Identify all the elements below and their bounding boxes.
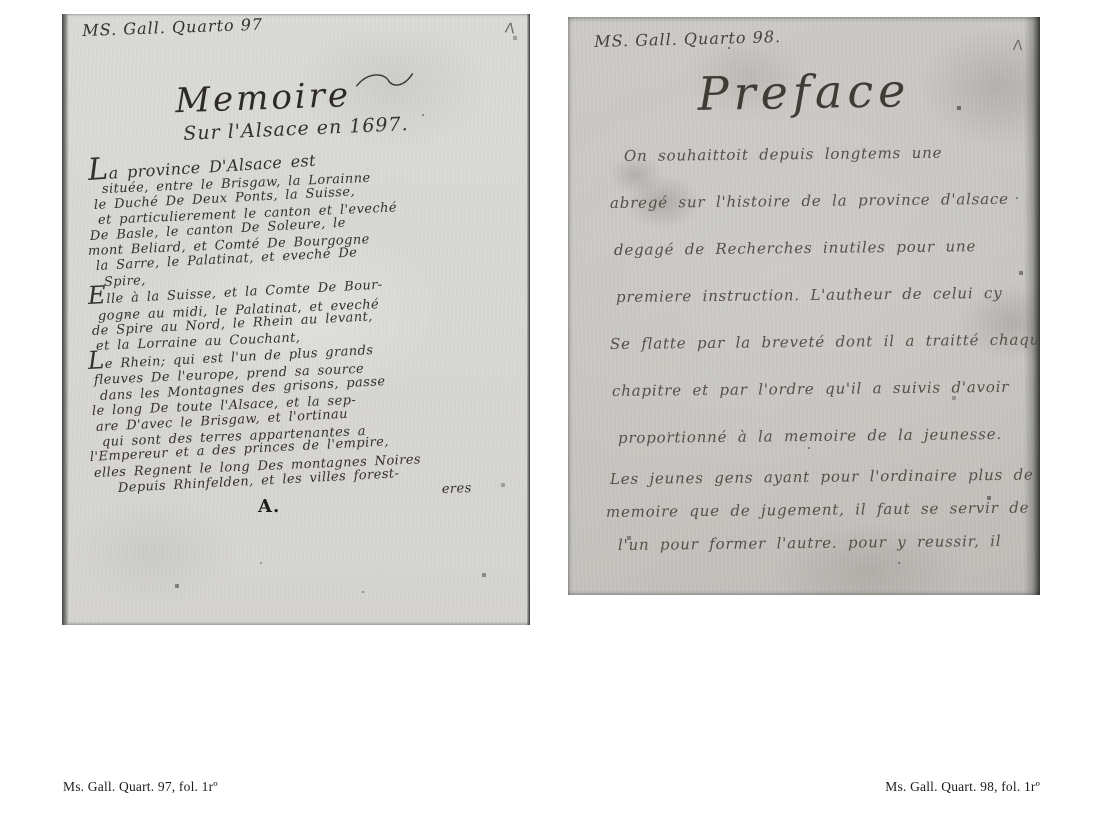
manuscript-line: premiere instruction. L'autheur de celui… xyxy=(616,270,1018,321)
manuscript-body-text-continued: Les jeunes gens ayant pour l'ordinaire p… xyxy=(610,463,1018,562)
manuscript-line: abregé sur l'histoire de la province d'a… xyxy=(610,176,1018,227)
paper-speckles xyxy=(62,14,64,16)
manuscript-title: Preface xyxy=(697,63,911,121)
quire-signature-mark: A. xyxy=(258,496,280,517)
figure-caption-left: Ms. Gall. Quart. 97, fol. 1rº xyxy=(63,779,218,795)
title-flourish-icon xyxy=(354,68,417,92)
manuscript-line: Les jeunes gens ayant pour l'ordinaire p… xyxy=(610,459,1018,496)
manuscript-title: Memoire xyxy=(175,75,352,121)
scan-page-quart-98: MS. Gall. Quarto 98. Λ Preface On souhai… xyxy=(568,17,1040,595)
manuscript-body-text: On souhaittoit depuis longtems une abreg… xyxy=(610,133,1018,462)
figure-caption-right: Ms. Gall. Quart. 98, fol. 1rº xyxy=(885,779,1040,795)
manuscript-line: degagé de Recherches inutiles pour une xyxy=(614,223,1018,274)
paper-speckles xyxy=(568,17,570,19)
pencil-corner-mark: Λ xyxy=(504,20,516,37)
manuscript-title-block: Preface xyxy=(568,61,1040,123)
manuscript-line: On souhaittoit depuis longtems une xyxy=(624,129,1018,180)
manuscript-shelfmark-header: MS. Gall. Quarto 97 xyxy=(82,15,263,40)
manuscript-shelfmark-header: MS. Gall. Quarto 98. xyxy=(594,27,781,51)
manuscript-line: proportionné à la memoire de la jeunesse… xyxy=(618,411,1018,462)
manuscript-line: l'un pour former l'autre. pour y reussir… xyxy=(618,525,1018,562)
manuscript-line: Se flatte par la breveté dont il a trait… xyxy=(610,317,1018,368)
manuscript-plate-figure: MS. Gall. Quarto 97 Λ Memoire Sur l'Alsa… xyxy=(0,0,1100,818)
scan-page-quart-97: MS. Gall. Quarto 97 Λ Memoire Sur l'Alsa… xyxy=(62,14,530,625)
manuscript-body-text: La province D'Alsace est située, entre l… xyxy=(88,163,500,512)
manuscript-line: chapitre et par l'ordre qu'il a suivis d… xyxy=(612,364,1018,415)
manuscript-line: memoire que de jugement, il faut se serv… xyxy=(606,492,1018,529)
pencil-corner-mark: Λ xyxy=(1013,38,1024,55)
